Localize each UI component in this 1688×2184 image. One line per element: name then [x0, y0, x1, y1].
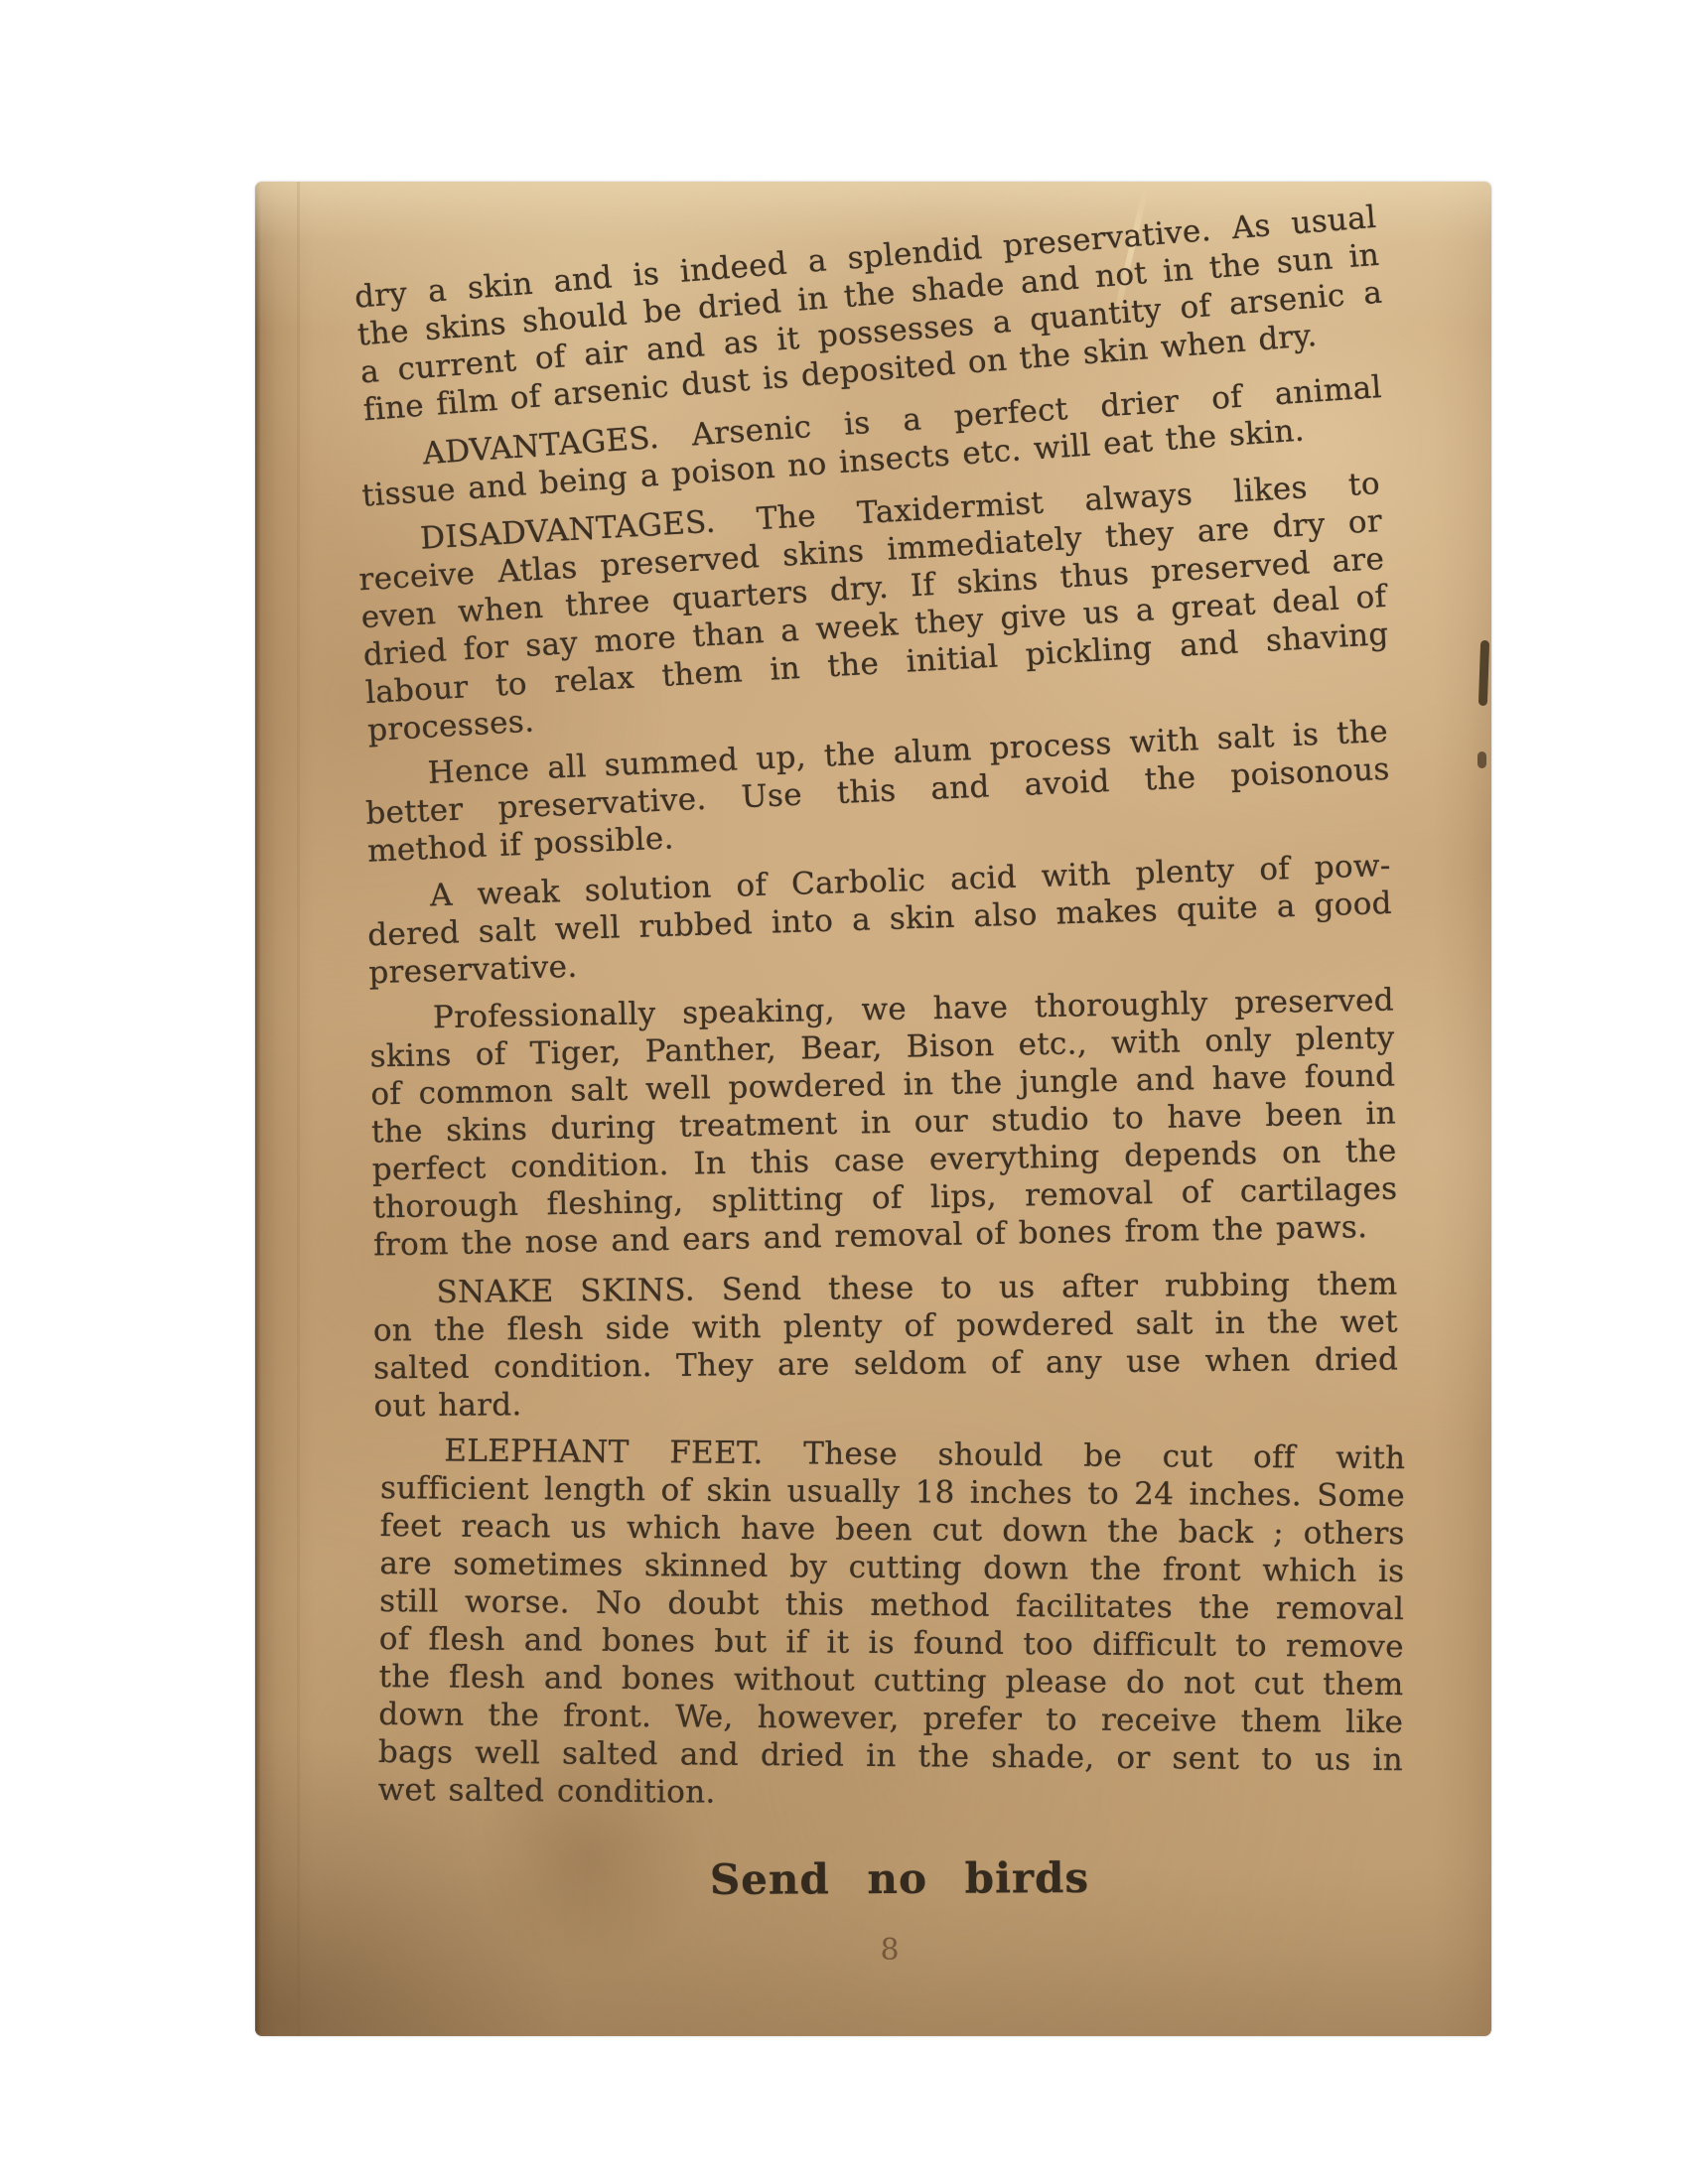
text-block: dry a skin and is indeed a splendid pres… — [371, 237, 1396, 1968]
ink-mark — [1477, 751, 1486, 768]
page-number: 8 — [377, 1933, 1402, 1968]
paragraph-disadvantages: DISADVANTAGES. The Taxidermist always li… — [355, 465, 1391, 750]
ink-mark — [1478, 640, 1489, 706]
text-line: wet salted condition. — [378, 1771, 1403, 1817]
photo-background: dry a skin and is indeed a splendid pres… — [0, 0, 1688, 2184]
closing-note: Send no birds — [387, 1851, 1412, 1905]
paragraph-elephant-feet: ELEPHANT FEET. These should be cut off w… — [378, 1432, 1406, 1817]
paragraph-snake-skins: SNAKE SKINS. Send these to us after rubb… — [372, 1265, 1398, 1425]
paragraph-professional: Professionally speaking, we have thoroug… — [369, 982, 1399, 1265]
paper-crease — [297, 182, 300, 2036]
paragraph-carbolic: A weak solution of Carbolic acid with pl… — [365, 847, 1393, 992]
book-page: dry a skin and is indeed a splendid pres… — [255, 182, 1491, 2036]
